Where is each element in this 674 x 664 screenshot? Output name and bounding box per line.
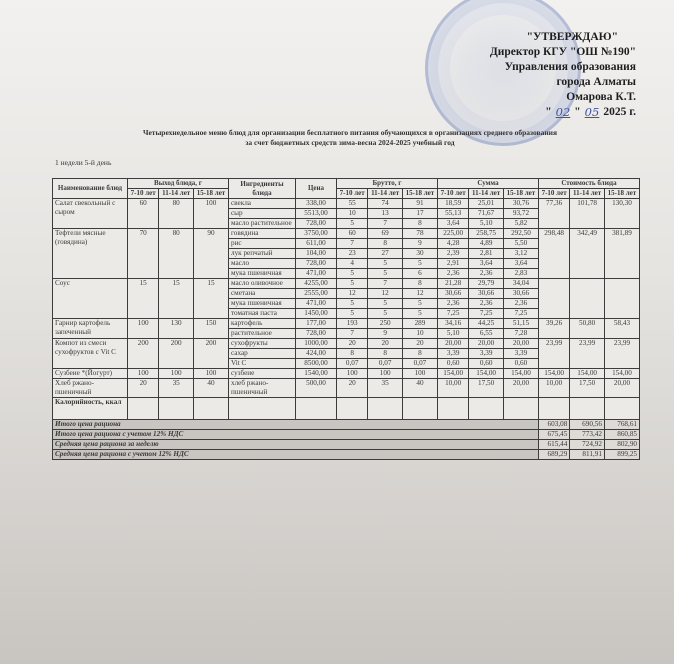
ingredient-sum: 154,00 [469, 369, 504, 379]
ingredient-gross: 8 [402, 349, 437, 359]
document-title-line2: за счет бюджетных средств зима-весна 202… [60, 138, 640, 148]
dish-cost: 50,80 [570, 319, 605, 339]
ingredient-gross: 9 [368, 329, 403, 339]
dish-yield: 200 [193, 339, 228, 369]
calories-cell [159, 398, 194, 420]
ingredient-gross: 60 [336, 229, 367, 239]
ingredient-gross: 100 [368, 369, 403, 379]
approval-city: города Алматы [440, 75, 636, 90]
dish-cost: 154,00 [604, 369, 639, 379]
ingredient-gross: 13 [368, 209, 403, 219]
ingredient-name: сыр [228, 209, 295, 219]
ingredient-sum: 18,59 [437, 199, 468, 209]
ingredient-gross: 5 [368, 309, 403, 319]
ingredient-name: сахар [228, 349, 295, 359]
ingredient-sum: 55,13 [437, 209, 468, 219]
ingredient-sum: 258,75 [469, 229, 504, 239]
header-age-2: 11-14 лет [469, 189, 504, 199]
ingredient-sum: 17,50 [469, 379, 504, 398]
approval-date-year: 2025 г. [603, 105, 636, 120]
ingredient-sum: 93,72 [503, 209, 538, 219]
ingredient-price: 728,00 [295, 329, 336, 339]
document-title: Четырехнедельное меню блюд для организац… [60, 128, 640, 148]
dish-name: Сузбеие *(Йогурт) [53, 369, 128, 379]
ingredient-gross: 5 [336, 219, 367, 229]
dish-yield: 15 [159, 279, 194, 319]
ingredient-price: 2555,00 [295, 289, 336, 299]
approval-department: Управления образования [440, 60, 636, 75]
ingredient-name: Vit C [228, 359, 295, 369]
dish-cost: 23,99 [538, 339, 569, 369]
dish-yield: 130 [159, 319, 194, 339]
ingredient-gross: 20 [402, 339, 437, 349]
total-row: Средняя цена рациона за неделю615,44724,… [53, 440, 640, 450]
ingredient-gross: 8 [402, 279, 437, 289]
ingredient-gross: 0,07 [402, 359, 437, 369]
dish-cost: 154,00 [538, 369, 569, 379]
ingredient-gross: 5 [368, 259, 403, 269]
dish-yield: 100 [193, 199, 228, 229]
header-age-1: 7-10 лет [128, 189, 159, 199]
ingredient-gross: 5 [368, 299, 403, 309]
ingredient-sum: 51,15 [503, 319, 538, 329]
ingredient-gross: 5 [336, 299, 367, 309]
ingredient-price: 8500,00 [295, 359, 336, 369]
calories-cell [402, 398, 437, 420]
ingredient-gross: 78 [402, 229, 437, 239]
dish-name: Соус [53, 279, 128, 319]
ingredient-sum: 292,50 [503, 229, 538, 239]
dish-yield: 100 [193, 369, 228, 379]
total-row: Итого цена рациона603,08690,56768,61 [53, 420, 640, 430]
header-sum: Сумма [437, 179, 538, 189]
header-gross: Брутто, г [336, 179, 437, 189]
dish-yield: 15 [128, 279, 159, 319]
ingredient-gross: 7 [336, 239, 367, 249]
dish-yield: 20 [128, 379, 159, 398]
ingredient-name: сухофрукты [228, 339, 295, 349]
ingredient-price: 338,00 [295, 199, 336, 209]
header-age-1: 7-10 лет [336, 189, 367, 199]
ingredient-gross: 0,07 [368, 359, 403, 369]
dish-yield: 15 [193, 279, 228, 319]
ingredient-gross: 5 [402, 259, 437, 269]
ingredient-name: мука пшеничная [228, 269, 295, 279]
ingredient-sum: 29,79 [469, 279, 504, 289]
dish-yield: 90 [193, 229, 228, 279]
ingredient-gross: 0,07 [336, 359, 367, 369]
approval-date-day: 02 [556, 105, 571, 120]
ingredient-sum: 7,25 [503, 309, 538, 319]
ingredient-sum: 154,00 [437, 369, 468, 379]
header-cost: Стоимость блюда [538, 179, 639, 189]
ingredient-gross: 74 [368, 199, 403, 209]
total-label: Средняя цена рациона с учетом 12% НДС [53, 450, 539, 460]
ingredient-gross: 69 [368, 229, 403, 239]
calories-row: Калорийность, ккал [53, 398, 640, 420]
ingredient-gross: 5 [402, 309, 437, 319]
total-value: 724,92 [570, 440, 605, 450]
ingredient-name: мука пшеничная [228, 299, 295, 309]
ingredient-price: 728,00 [295, 219, 336, 229]
total-value: 689,29 [538, 450, 569, 460]
calories-cell [128, 398, 159, 420]
header-age-2: 11-14 лет [159, 189, 194, 199]
dish-cost [604, 279, 639, 319]
ingredient-gross: 250 [368, 319, 403, 329]
approval-date: "02" 05 2025 г. [440, 105, 636, 120]
ingredient-sum: 30,66 [469, 289, 504, 299]
dish-cost [570, 279, 605, 319]
ingredient-gross: 8 [402, 219, 437, 229]
ingredient-gross: 5 [336, 269, 367, 279]
ingredient-name: масло растительное [228, 219, 295, 229]
ingredient-gross: 40 [402, 379, 437, 398]
ingredient-gross: 55 [336, 199, 367, 209]
ingredient-price: 728,00 [295, 259, 336, 269]
ingredient-gross: 7 [368, 219, 403, 229]
header-age-1: 7-10 лет [538, 189, 569, 199]
ingredient-price: 3750,00 [295, 229, 336, 239]
ingredient-sum: 3,39 [469, 349, 504, 359]
ingredient-sum: 2,39 [437, 249, 468, 259]
total-label: Итого цена рациона [53, 420, 539, 430]
ingredient-sum: 20,00 [437, 339, 468, 349]
header-age-3: 15-18 лет [402, 189, 437, 199]
ingredient-gross: 20 [336, 379, 367, 398]
ingredient-gross: 91 [402, 199, 437, 209]
ingredient-name: растительное [228, 329, 295, 339]
dish-cost: 10,00 [538, 379, 569, 398]
ingredient-sum: 0,60 [437, 359, 468, 369]
ingredient-sum: 25,01 [469, 199, 504, 209]
ingredient-name: масло оливочное [228, 279, 295, 289]
ingredient-sum: 5,50 [503, 239, 538, 249]
ingredient-sum: 44,25 [469, 319, 504, 329]
dish-cost: 77,36 [538, 199, 569, 229]
dish-cost: 154,00 [570, 369, 605, 379]
ingredient-price: 4255,00 [295, 279, 336, 289]
ingredient-gross: 30 [402, 249, 437, 259]
calories-cell [336, 398, 367, 420]
ingredient-name: картофель [228, 319, 295, 329]
ingredient-gross: 20 [368, 339, 403, 349]
ingredient-sum: 7,25 [469, 309, 504, 319]
ingredient-gross: 10 [402, 329, 437, 339]
dish-yield: 200 [159, 339, 194, 369]
dish-name: Гарнир картофель запеченный [53, 319, 128, 339]
ingredient-sum: 5,10 [469, 219, 504, 229]
dish-yield: 80 [159, 229, 194, 279]
ingredient-name: сузбеие [228, 369, 295, 379]
dish-cost: 58,43 [604, 319, 639, 339]
calories-cell [570, 398, 605, 420]
dish-yield: 100 [159, 369, 194, 379]
document-title-line1: Четырехнедельное меню блюд для организац… [60, 128, 640, 138]
calories-cell [228, 398, 295, 420]
ingredient-gross: 4 [336, 259, 367, 269]
dish-name: Тефтели мясные (говядина) [53, 229, 128, 279]
total-label: Средняя цена рациона за неделю [53, 440, 539, 450]
calories-cell [368, 398, 403, 420]
calories-cell [469, 398, 504, 420]
ingredient-gross: 5 [336, 309, 367, 319]
ingredient-gross: 12 [336, 289, 367, 299]
ingredient-sum: 7,28 [503, 329, 538, 339]
dish-cost: 39,26 [538, 319, 569, 339]
ingredient-gross: 7 [336, 329, 367, 339]
ingredient-name: хлеб ржано-пшеничный [228, 379, 295, 398]
table-row: Гарнир картофель запеченный100130150карт… [53, 319, 640, 329]
ingredient-price: 1540,00 [295, 369, 336, 379]
dish-cost: 342,49 [570, 229, 605, 279]
table-row: Сузбеие *(Йогурт)100100100сузбеие1540,00… [53, 369, 640, 379]
ingredient-gross: 193 [336, 319, 367, 329]
table-row: Тефтели мясные (говядина)708090говядина3… [53, 229, 640, 239]
ingredient-sum: 0,60 [469, 359, 504, 369]
ingredient-sum: 71,67 [469, 209, 504, 219]
table-row: Компот из смеси сухофруктов с Vit C20020… [53, 339, 640, 349]
ingredient-price: 500,00 [295, 379, 336, 398]
dish-yield: 35 [159, 379, 194, 398]
dish-cost: 381,89 [604, 229, 639, 279]
dish-yield: 80 [159, 199, 194, 229]
ingredient-sum: 2,91 [437, 259, 468, 269]
dish-yield: 40 [193, 379, 228, 398]
ingredient-gross: 100 [336, 369, 367, 379]
dish-cost: 130,30 [604, 199, 639, 229]
ingredient-sum: 3,39 [503, 349, 538, 359]
dish-cost: 23,99 [604, 339, 639, 369]
dish-yield: 60 [128, 199, 159, 229]
dish-cost [538, 279, 569, 319]
ingredient-gross: 12 [368, 289, 403, 299]
ingredient-sum: 2,81 [469, 249, 504, 259]
calories-cell [604, 398, 639, 420]
total-value: 899,25 [604, 450, 639, 460]
total-value: 811,91 [570, 450, 605, 460]
total-value: 802,90 [604, 440, 639, 450]
ingredient-sum: 3,64 [503, 259, 538, 269]
dish-cost: 23,99 [570, 339, 605, 369]
dish-yield: 200 [128, 339, 159, 369]
dish-name: Компот из смеси сухофруктов с Vit C [53, 339, 128, 369]
header-age-3: 15-18 лет [503, 189, 538, 199]
ingredient-gross: 27 [368, 249, 403, 259]
ingredient-sum: 2,36 [469, 299, 504, 309]
dish-cost: 20,00 [604, 379, 639, 398]
total-value: 690,56 [570, 420, 605, 430]
ingredient-sum: 5,82 [503, 219, 538, 229]
ingredient-name: говядина [228, 229, 295, 239]
ingredient-sum: 2,36 [469, 269, 504, 279]
ingredient-sum: 20,00 [469, 339, 504, 349]
ingredient-gross: 12 [402, 289, 437, 299]
dish-yield: 100 [128, 369, 159, 379]
ingredient-price: 177,00 [295, 319, 336, 329]
ingredient-gross: 8 [368, 239, 403, 249]
approval-block: "УТВЕРЖДАЮ" Директор КГУ "ОШ №190" Управ… [440, 30, 636, 120]
calories-cell [503, 398, 538, 420]
total-value: 768,61 [604, 420, 639, 430]
ingredient-sum: 34,04 [503, 279, 538, 289]
ingredient-gross: 5 [402, 299, 437, 309]
ingredient-sum: 2,36 [437, 269, 468, 279]
approval-position: Директор КГУ "ОШ №190" [440, 45, 636, 60]
calories-cell [193, 398, 228, 420]
dish-name: Салат свекольный с сыром [53, 199, 128, 229]
ingredient-name: лук репчатый [228, 249, 295, 259]
ingredient-sum: 2,83 [503, 269, 538, 279]
calories-label: Калорийность, ккал [53, 398, 128, 420]
dish-cost: 17,50 [570, 379, 605, 398]
dish-yield: 70 [128, 229, 159, 279]
table-row: Салат свекольный с сыром6080100свекла338… [53, 199, 640, 209]
dish-cost: 101,78 [570, 199, 605, 229]
ingredient-name: сметана [228, 289, 295, 299]
ingredient-gross: 9 [402, 239, 437, 249]
ingredient-sum: 6,55 [469, 329, 504, 339]
header-price: Цена [295, 179, 336, 199]
table-row: Хлеб ржано-пшеничный203540хлеб ржано-пше… [53, 379, 640, 398]
ingredient-gross: 5 [336, 279, 367, 289]
header-ingredients: Ингредиенты блюда [228, 179, 295, 199]
ingredient-sum: 4,28 [437, 239, 468, 249]
ingredient-sum: 3,12 [503, 249, 538, 259]
ingredient-name: рис [228, 239, 295, 249]
ingredient-price: 1000,00 [295, 339, 336, 349]
ingredient-gross: 23 [336, 249, 367, 259]
calories-cell [295, 398, 336, 420]
calories-cell [538, 398, 569, 420]
header-age-1: 7-10 лет [437, 189, 468, 199]
header-age-2: 11-14 лет [570, 189, 605, 199]
dish-yield: 100 [128, 319, 159, 339]
approval-date-month: 05 [585, 105, 600, 120]
approval-signatory: Омарова К.Т. [440, 90, 636, 105]
total-row: Итого цена рациона с учетом 12% НДС675,4… [53, 430, 640, 440]
ingredient-sum: 0,60 [503, 359, 538, 369]
ingredient-price: 5513,00 [295, 209, 336, 219]
day-subtitle: 1 недели 5-й день [55, 158, 111, 167]
ingredient-price: 1450,00 [295, 309, 336, 319]
header-age-3: 15-18 лет [604, 189, 639, 199]
menu-table: Наименование блюд Выход блюда, г Ингреди… [52, 178, 640, 460]
ingredient-gross: 17 [402, 209, 437, 219]
ingredient-sum: 30,66 [503, 289, 538, 299]
total-value: 773,42 [570, 430, 605, 440]
ingredient-price: 471,00 [295, 299, 336, 309]
ingredient-gross: 7 [368, 279, 403, 289]
ingredient-sum: 20,00 [503, 339, 538, 349]
total-label: Итого цена рациона с учетом 12% НДС [53, 430, 539, 440]
ingredient-sum: 10,00 [437, 379, 468, 398]
calories-cell [437, 398, 468, 420]
ingredient-gross: 5 [368, 269, 403, 279]
ingredient-sum: 3,64 [469, 259, 504, 269]
header-yield: Выход блюда, г [128, 179, 229, 189]
ingredient-sum: 5,10 [437, 329, 468, 339]
total-value: 615,44 [538, 440, 569, 450]
ingredient-gross: 35 [368, 379, 403, 398]
ingredient-price: 611,00 [295, 239, 336, 249]
approval-heading: "УТВЕРЖДАЮ" [440, 30, 636, 45]
total-value: 675,45 [538, 430, 569, 440]
ingredient-name: томатная паста [228, 309, 295, 319]
ingredient-price: 424,00 [295, 349, 336, 359]
total-value: 603,08 [538, 420, 569, 430]
ingredient-sum: 2,36 [437, 299, 468, 309]
ingredient-sum: 3,64 [437, 219, 468, 229]
ingredient-sum: 225,00 [437, 229, 468, 239]
ingredient-sum: 2,36 [503, 299, 538, 309]
header-dish: Наименование блюд [53, 179, 128, 199]
dish-yield: 150 [193, 319, 228, 339]
ingredient-gross: 8 [368, 349, 403, 359]
ingredient-sum: 4,89 [469, 239, 504, 249]
ingredient-gross: 10 [336, 209, 367, 219]
ingredient-price: 104,00 [295, 249, 336, 259]
header-age-3: 15-18 лет [193, 189, 228, 199]
ingredient-sum: 20,00 [503, 379, 538, 398]
total-value: 860,85 [604, 430, 639, 440]
ingredient-sum: 30,66 [437, 289, 468, 299]
total-row: Средняя цена рациона с учетом 12% НДС689… [53, 450, 640, 460]
dish-name: Хлеб ржано-пшеничный [53, 379, 128, 398]
ingredient-sum: 30,76 [503, 199, 538, 209]
ingredient-gross: 8 [336, 349, 367, 359]
ingredient-sum: 154,00 [503, 369, 538, 379]
ingredient-price: 471,00 [295, 269, 336, 279]
ingredient-sum: 34,16 [437, 319, 468, 329]
dish-cost: 298,48 [538, 229, 569, 279]
ingredient-gross: 6 [402, 269, 437, 279]
ingredient-name: свекла [228, 199, 295, 209]
ingredient-sum: 7,25 [437, 309, 468, 319]
ingredient-sum: 3,39 [437, 349, 468, 359]
header-age-2: 11-14 лет [368, 189, 403, 199]
ingredient-gross: 289 [402, 319, 437, 329]
ingredient-gross: 20 [336, 339, 367, 349]
ingredient-gross: 100 [402, 369, 437, 379]
ingredient-name: масло [228, 259, 295, 269]
ingredient-sum: 21,28 [437, 279, 468, 289]
table-row: Соус151515масло оливочное4255,0057821,28… [53, 279, 640, 289]
